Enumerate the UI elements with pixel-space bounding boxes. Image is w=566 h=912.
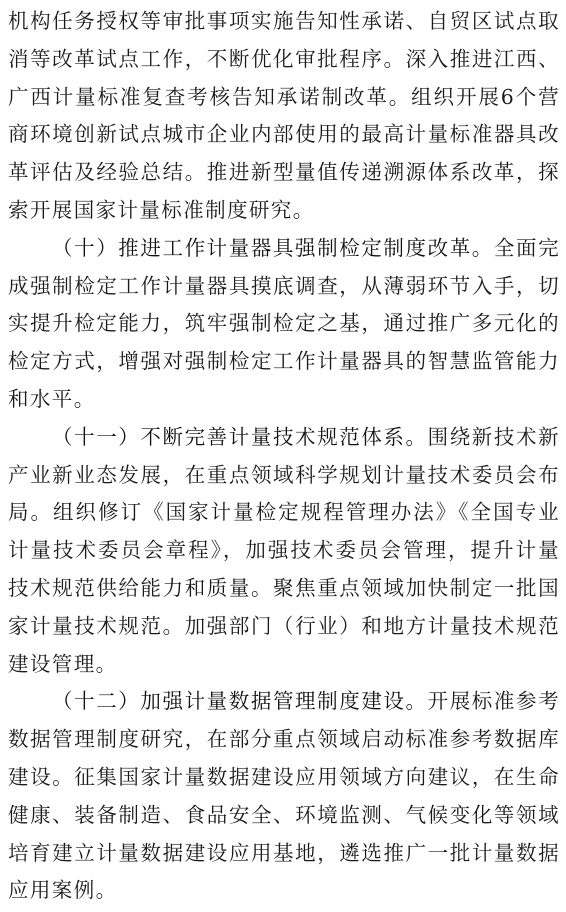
paragraph-section-12: （十二）加强计量数据管理制度建设。开展标准参考数据管理制度研究，在部分重点领域启… bbox=[8, 683, 560, 910]
section-heading: （十）推进工作计量器具强制检定制度改革。 bbox=[52, 236, 494, 260]
document-page: 机构任务授权等审批事项实施告知性承诺、自贸区试点取消等改革试点工作，不断优化审批… bbox=[8, 3, 560, 910]
paragraph-body: 全面完成强制检定工作计量器具摸底调查，从薄弱环节入手，切实提升检定能力，筑牢强制… bbox=[8, 236, 560, 411]
paragraph-body: 围绕新技术新产业新业态发展，在重点领域科学规划计量技术委员会布局。组织修订《国家… bbox=[8, 425, 560, 676]
paragraph-section-10: （十）推进工作计量器具强制检定制度改革。全面完成强制检定工作计量器具摸底调查，从… bbox=[8, 230, 560, 419]
paragraph-body: 机构任务授权等审批事项实施告知性承诺、自贸区试点取消等改革试点工作，不断优化审批… bbox=[8, 9, 560, 222]
section-heading: （十一）不断完善计量技术规范体系。 bbox=[52, 425, 428, 449]
paragraph-section-11: （十一）不断完善计量技术规范体系。围绕新技术新产业新业态发展，在重点领域科学规划… bbox=[8, 419, 560, 684]
section-heading: （十二）加强计量数据管理制度建设。 bbox=[52, 689, 428, 713]
paragraph-continuation: 机构任务授权等审批事项实施告知性承诺、自贸区试点取消等改革试点工作，不断优化审批… bbox=[8, 3, 560, 230]
paragraph-body: 开展标准参考数据管理制度研究，在部分重点领域启动标准参考数据库建设。征集国家计量… bbox=[8, 689, 560, 902]
